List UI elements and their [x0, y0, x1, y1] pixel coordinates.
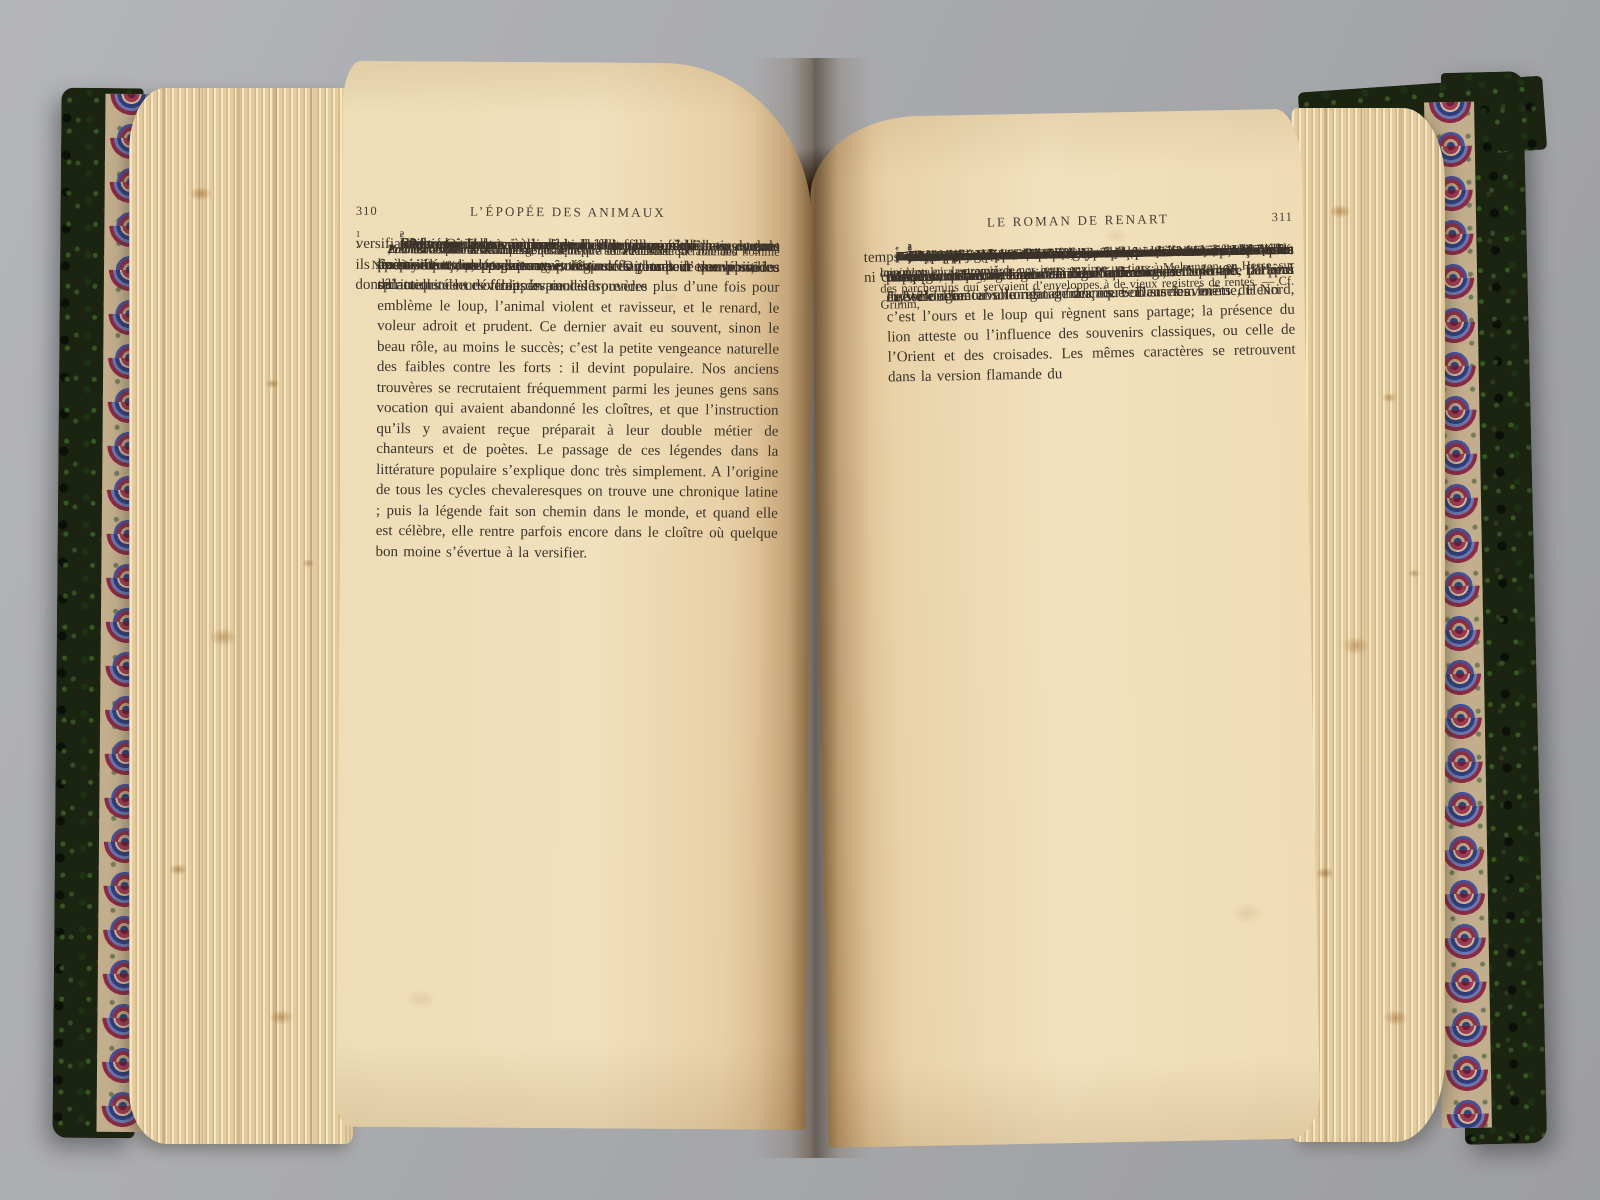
right-page: LE ROMAN DE RENART 311 temps où l’épopée…	[809, 109, 1321, 1148]
right-page-number: 311	[1237, 210, 1293, 226]
footnote: 3. Ce poème est rapporté par Grimm au xi…	[864, 241, 1294, 249]
left-body-text: versifiant des apologues à l’imitation d…	[356, 234, 780, 237]
left-page-stack-fore-edge	[129, 88, 353, 1144]
right-running-title: LE ROMAN DE RENART	[919, 210, 1237, 232]
left-running-title: L’ÉPOPÉE DES ANIMAUX	[412, 203, 724, 221]
left-page-number: 310	[356, 204, 412, 219]
left-page: 310 L’ÉPOPÉE DES ANIMAUX versifiant des …	[336, 61, 813, 1130]
right-head-spacer	[863, 228, 919, 229]
left-page-text: 310 L’ÉPOPÉE DES ANIMAUX versifiant des …	[356, 203, 780, 244]
right-footnotes: 1. Glichesäre bedeutet einen der sich ve…	[864, 241, 1294, 249]
left-running-head: 310 L’ÉPOPÉE DES ANIMAUX	[356, 203, 780, 224]
open-book: 310 L’ÉPOPÉE DES ANIMAUX versifiant des …	[55, 58, 1535, 1158]
right-running-head: LE ROMAN DE RENART 311	[863, 209, 1293, 235]
paragraph: C’est ce qui arriva à la légende de Rena…	[356, 234, 780, 237]
right-page-text: LE ROMAN DE RENART 311 temps où l’épopée…	[863, 209, 1294, 249]
